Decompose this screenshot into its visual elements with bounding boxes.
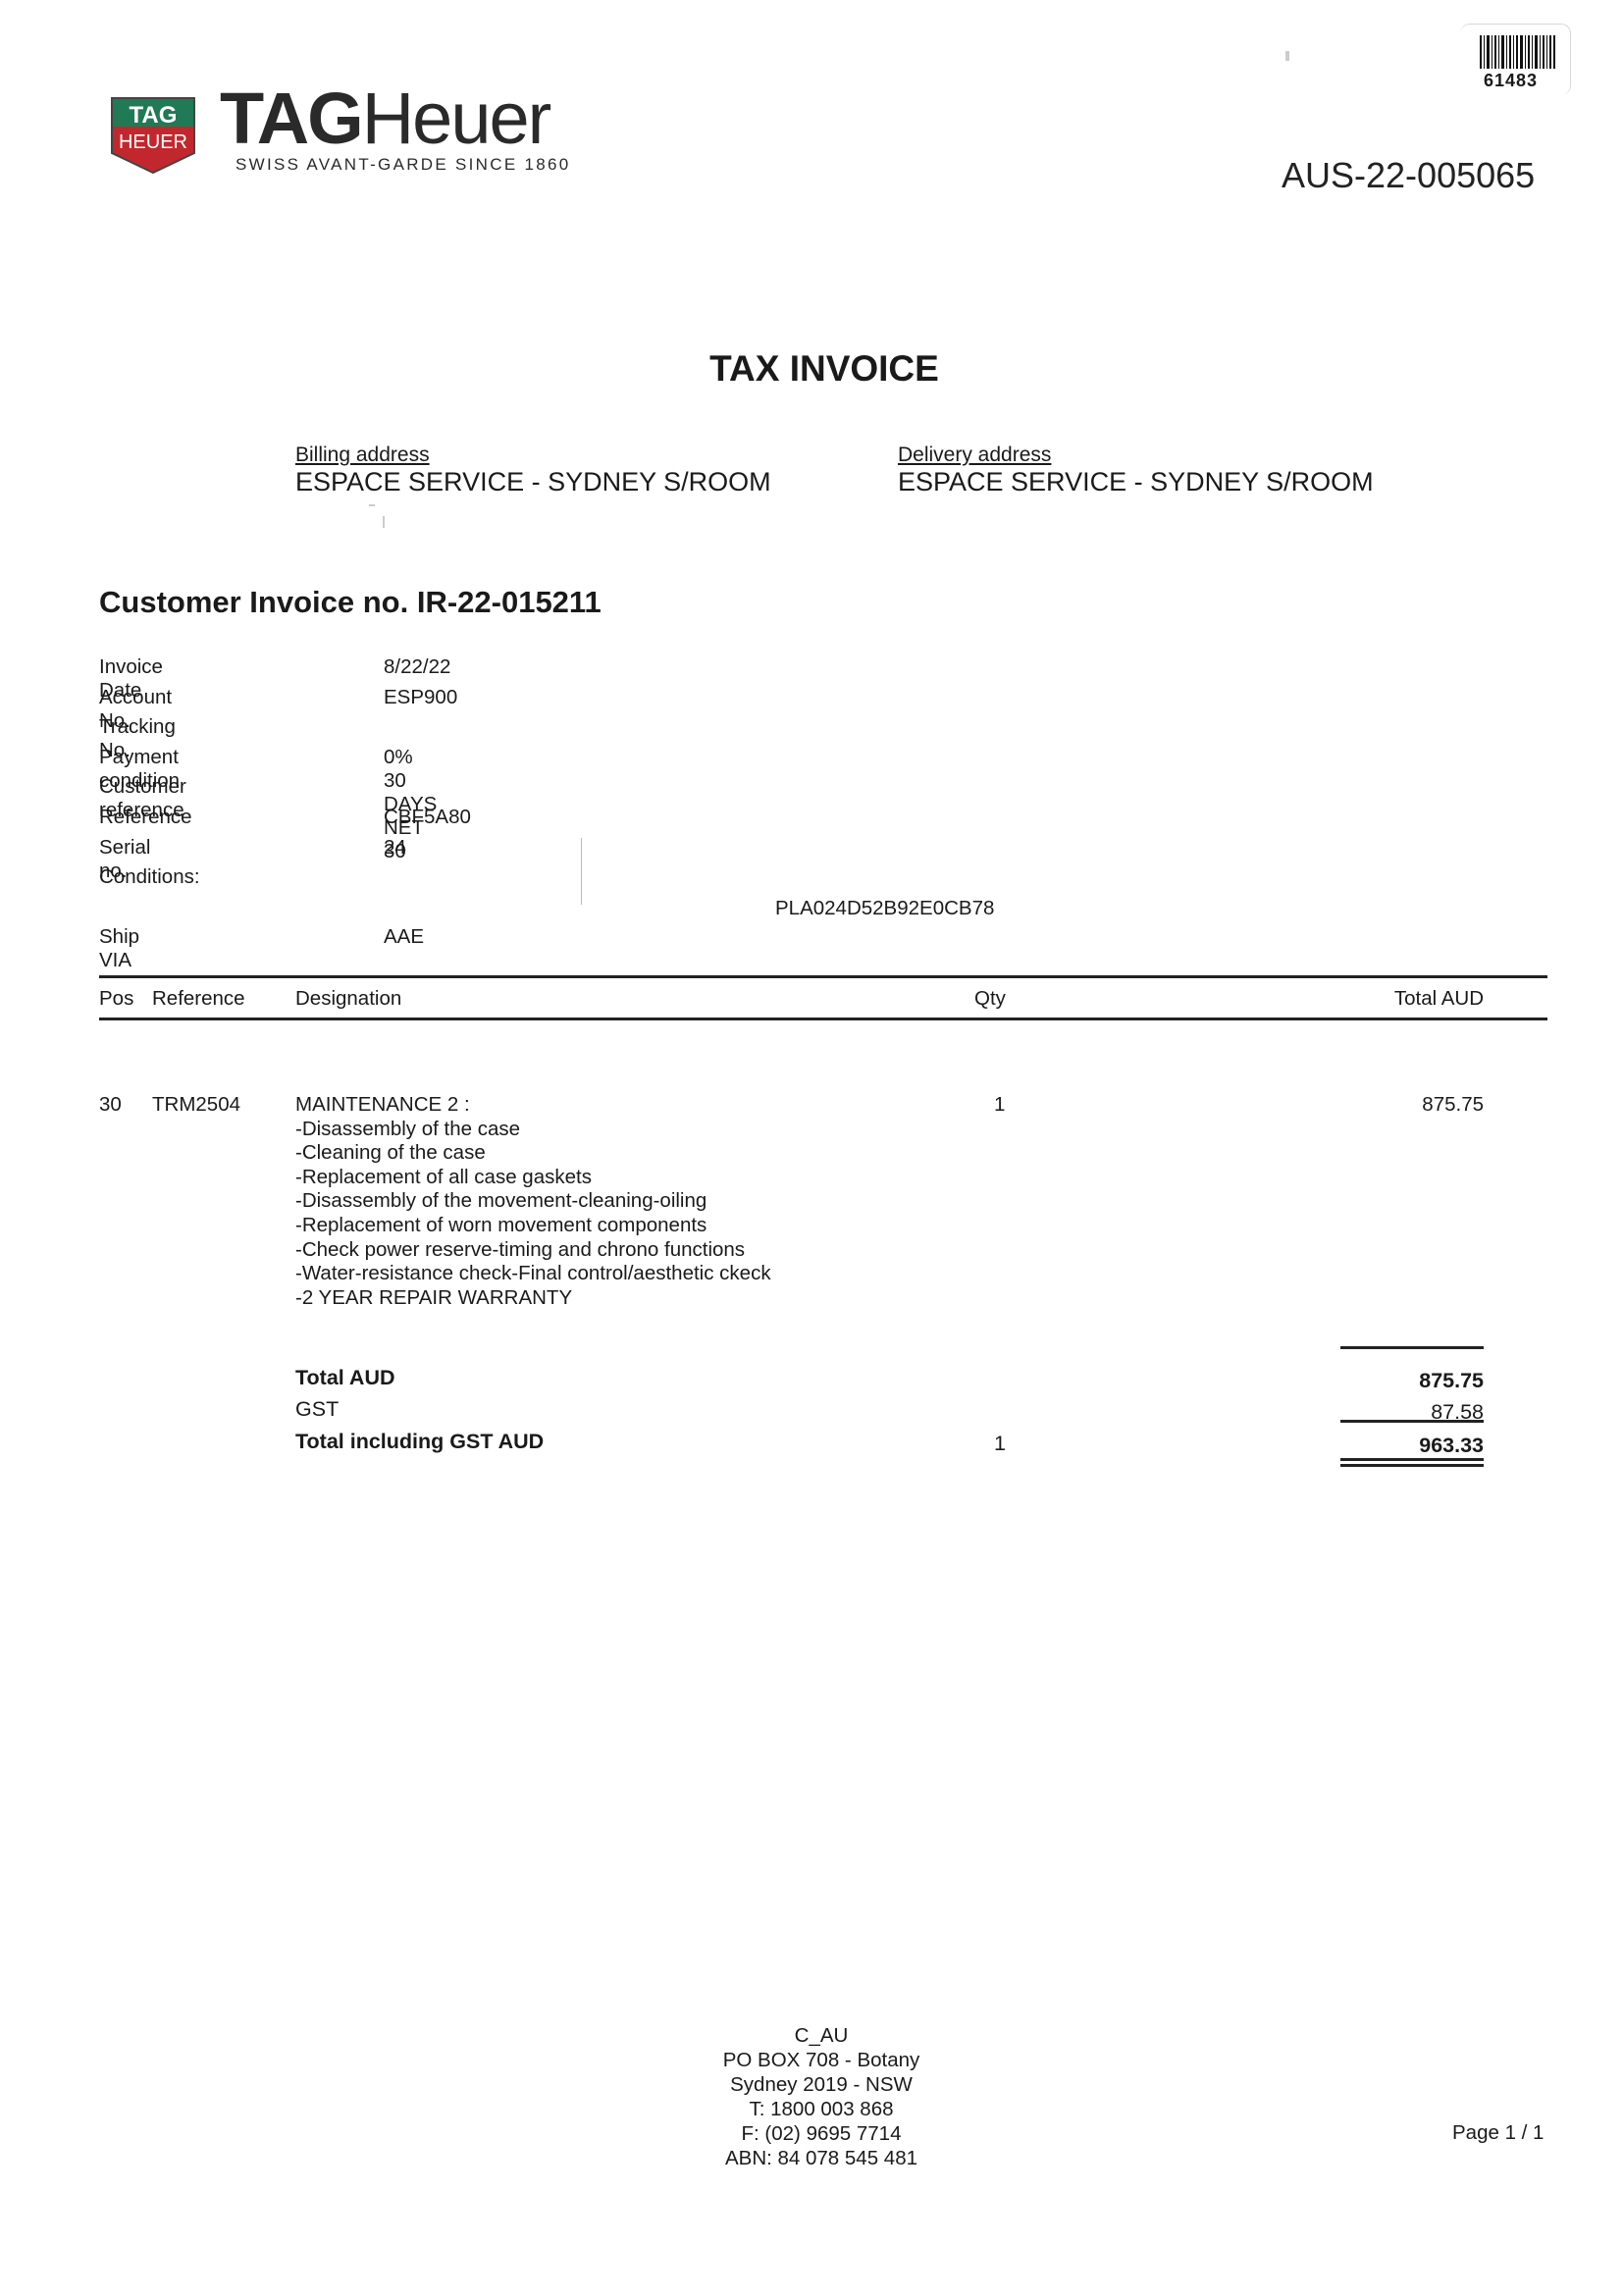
designation-line: -Check power reserve-timing and chrono f…	[295, 1238, 771, 1263]
wordmark-tag: TAG	[220, 78, 362, 159]
row-qty: 1	[994, 1093, 1005, 1117]
meta-value: AAE	[384, 925, 424, 949]
customer-invoice-number: Customer Invoice no. IR-22-015211	[99, 585, 602, 620]
billing-address-value: ESPACE SERVICE - SYDNEY S/ROOM	[295, 467, 771, 497]
meta-value: CBF5A80	[384, 806, 471, 829]
gst-rule	[1340, 1420, 1484, 1423]
designation-line: -Replacement of worn movement components	[295, 1214, 771, 1238]
designation-line: -Cleaning of the case	[295, 1141, 771, 1166]
footer-line: Sydney 2019 - NSW	[0, 2072, 1623, 2097]
delivery-address-block: Delivery address ESPACE SERVICE - SYDNEY…	[898, 444, 1374, 497]
designation-line: -Water-resistance check-Final control/ae…	[295, 1262, 771, 1286]
delivery-address-label: Delivery address	[898, 444, 1374, 467]
meta-label: Conditions:	[99, 865, 200, 889]
footer-line: PO BOX 708 - Botany	[0, 2048, 1623, 2072]
grand-total-qty: 1	[994, 1432, 1006, 1456]
total-aud-value: 875.75	[1419, 1369, 1484, 1393]
col-header-pos: Pos	[99, 987, 133, 1011]
meta-value: ESP900	[384, 686, 457, 709]
designation-line: -Disassembly of the movement-cleaning-oi…	[295, 1189, 771, 1214]
scan-speck	[383, 516, 385, 528]
footer-line: T: 1800 003 868	[0, 2097, 1623, 2121]
col-header-designation: Designation	[295, 987, 401, 1011]
scan-speck	[369, 504, 375, 506]
company-footer: C_AU PO BOX 708 - Botany Sydney 2019 - N…	[0, 2023, 1623, 2170]
total-aud-label: Total AUD	[295, 1366, 395, 1390]
meta-value: 8/22/22	[384, 655, 450, 679]
designation-line: -2 YEAR REPAIR WARRANTY	[295, 1286, 771, 1311]
designation-line: -Replacement of all case gaskets	[295, 1166, 771, 1190]
footer-line: F: (02) 9695 7714	[0, 2121, 1623, 2146]
col-header-qty: Qty	[974, 987, 1006, 1011]
col-header-reference: Reference	[152, 987, 245, 1011]
col-header-total: Total AUD	[1394, 987, 1484, 1011]
designation-line: -Disassembly of the case	[295, 1118, 771, 1142]
brand-wordmark: TAGHeuer	[220, 82, 550, 155]
page-title: TAX INVOICE	[0, 348, 1623, 390]
scan-speck	[1285, 51, 1289, 61]
row-designation: MAINTENANCE 2 : -Disassembly of the case…	[295, 1093, 771, 1310]
tag-heuer-shield-logo: TAG HEUER	[110, 96, 196, 175]
row-total: 875.75	[1422, 1093, 1484, 1117]
table-top-rule	[99, 975, 1547, 978]
delivery-address-value: ESPACE SERVICE - SYDNEY S/ROOM	[898, 467, 1374, 497]
grand-total-value: 963.33	[1419, 1434, 1484, 1458]
brand-tagline: SWISS AVANT-GARDE SINCE 1860	[236, 155, 571, 175]
svg-text:HEUER: HEUER	[119, 131, 187, 153]
document-reference: AUS-22-005065	[1282, 155, 1535, 196]
grand-total-label: Total including GST AUD	[295, 1430, 544, 1454]
billing-address-label: Billing address	[295, 444, 771, 467]
gst-label: GST	[295, 1397, 339, 1422]
redaction-box	[407, 838, 582, 905]
row-reference: TRM2504	[152, 1093, 240, 1117]
row-pos: 30	[99, 1093, 122, 1117]
conditions-code: PLA024D52B92E0CB78	[775, 897, 994, 920]
table-header-rule	[99, 1018, 1547, 1020]
meta-label: Reference	[99, 806, 192, 829]
barcode-icon	[1480, 35, 1556, 69]
totals-top-rule	[1340, 1346, 1484, 1349]
billing-address-block: Billing address ESPACE SERVICE - SYDNEY …	[295, 444, 771, 497]
barcode-number: 61483	[1484, 71, 1538, 91]
grand-total-rule-2	[1340, 1464, 1484, 1467]
footer-line: C_AU	[0, 2023, 1623, 2048]
svg-text:TAG: TAG	[130, 102, 178, 129]
wordmark-heuer: Heuer	[362, 78, 550, 159]
grand-total-rule-1	[1340, 1458, 1484, 1461]
meta-label: Ship VIA	[99, 925, 139, 972]
page-number: Page 1 / 1	[1452, 2121, 1544, 2145]
designation-line: MAINTENANCE 2 :	[295, 1093, 771, 1118]
footer-line: ABN: 84 078 545 481	[0, 2146, 1623, 2170]
